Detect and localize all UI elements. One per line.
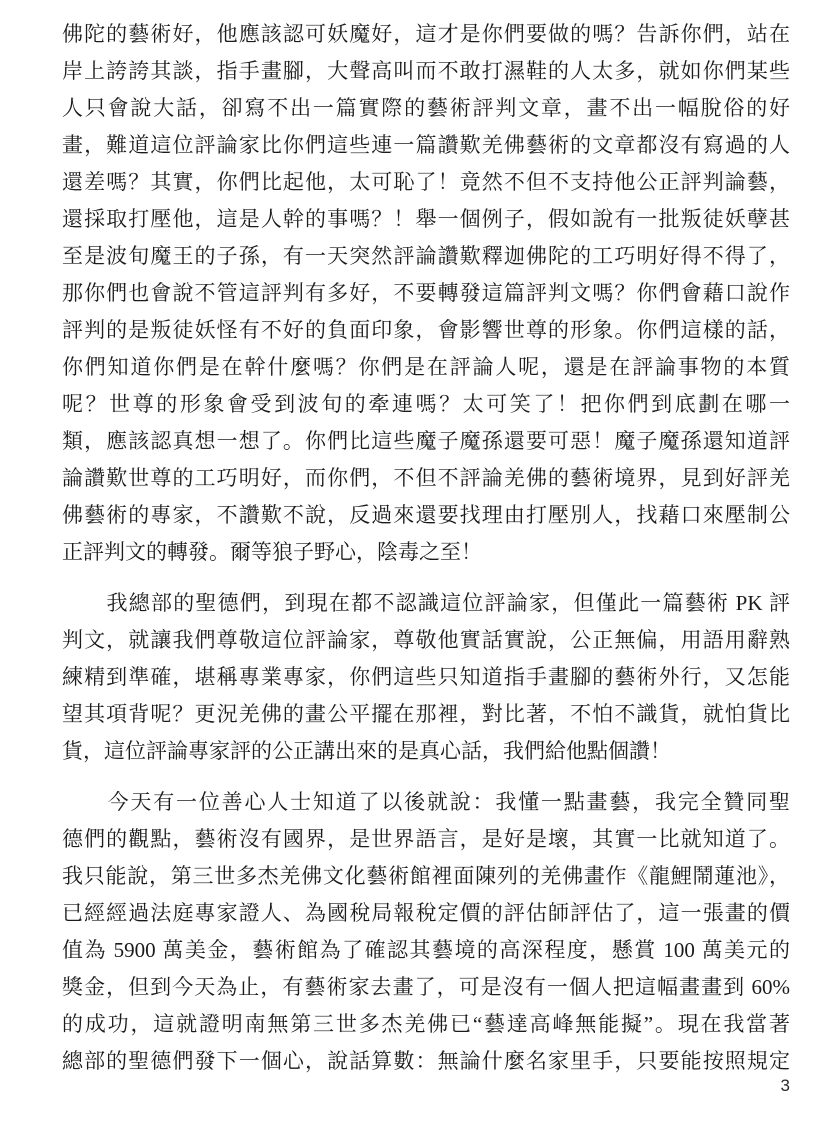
paragraph-3: 今天有一位善心人士知道了以後就說：我懂一點畫藝，我完全贊同聖 德們的觀點，藝術沒… — [62, 784, 790, 1080]
text-line: 正評判文的轉發。爾等狼子野心，陰毒之至！ — [62, 534, 790, 571]
text-line: 望其項背呢？更況羌佛的畫公平擺在那裡，對比著，不怕不識貨，就怕貨比 — [62, 696, 790, 733]
text-line: 佛陀的藝術好，他應該認可妖魔好，這才是你們要做的嗎？告訴你們，站在 — [62, 16, 790, 53]
text-line: 我只能說，第三世多杰羌佛文化藝術館裡面陳列的羌佛畫作《龍鯉鬧蓮池》， — [62, 858, 790, 895]
text-line: 你們知道你們是在幹什麼嗎？你們是在評論人呢，還是在評論事物的本質 — [62, 349, 790, 386]
paragraph-2: 我總部的聖德們，到現在都不認識這位評論家，但僅此一篇藝術 PK 評 判文，就讓我… — [62, 585, 790, 770]
text-line: 還差嗎？其實，你們比起他，太可恥了！竟然不但不支持他公正評判論藝， — [62, 164, 790, 201]
text-line: 佛藝術的專家，不讚歎不說，反過來還要找理由打壓別人，找藉口來壓制公 — [62, 497, 790, 534]
text-line: 呢？世尊的形象會受到波旬的牽連嗎？太可笑了！把你們到底劃在哪一 — [62, 386, 790, 423]
text-line: 岸上誇誇其談，指手畫腳，大聲高叫而不敢打濕鞋的人太多，就如你們某些 — [62, 53, 790, 90]
text-line: 判文，就讓我們尊敬這位評論家，尊敬他實話實說，公正無偏，用語用辭熟 — [62, 622, 790, 659]
text-line: 那你們也會說不管這評判有多好，不要轉發這篇評判文嗎？你們會藉口說作 — [62, 275, 790, 312]
paragraph-1: 佛陀的藝術好，他應該認可妖魔好，這才是你們要做的嗎？告訴你們，站在 岸上誇誇其談… — [62, 16, 790, 571]
text-line: 貨，這位評論專家評的公正講出來的是真心話，我們給他點個讚！ — [62, 733, 790, 770]
text-line: 練精到準確，堪稱專業專家，你們這些只知道指手畫腳的藝術外行，又怎能 — [62, 659, 790, 696]
text-line: 論讚歎世尊的工巧明好，而你們，不但不評論羌佛的藝術境界，見到好評羌 — [62, 460, 790, 497]
text-line: 評判的是叛徒妖怪有不好的負面印象，會影響世尊的形象。你們這樣的話， — [62, 312, 790, 349]
text-line: 已經經過法庭專家證人、為國稅局報稅定價的評估師評估了，這一張畫的價 — [62, 895, 790, 932]
text-line: 德們的觀點，藝術沒有國界，是世界語言，是好是壞，其實一比就知道了。 — [62, 821, 790, 858]
text-line: 獎金，但到今天為止，有藝術家去畫了，可是沒有一個人把這幅畫畫到 60% — [62, 969, 790, 1006]
text-line: 還採取打壓他，這是人幹的事嗎？！舉一個例子，假如說有一批叛徒妖孽甚 — [62, 201, 790, 238]
text-line: 類，應該認真想一想了。你們比這些魔子魔孫還要可惡！魔子魔孫還知道評 — [62, 423, 790, 460]
text-line: 今天有一位善心人士知道了以後就說：我懂一點畫藝，我完全贊同聖 — [62, 784, 790, 821]
text-line: 畫，難道這位評論家比你們這些連一篇讚歎羌佛藝術的文章都沒有寫過的人 — [62, 127, 790, 164]
text-line: 的成功，這就證明南無第三世多杰羌佛已“藝達高峰無能擬”。現在我當著 — [62, 1006, 790, 1043]
text-line: 至是波旬魔王的子孫，有一天突然評論讚歎釋迦佛陀的工巧明好得不得了， — [62, 238, 790, 275]
text-block: 佛陀的藝術好，他應該認可妖魔好，這才是你們要做的嗎？告訴你們，站在 岸上誇誇其談… — [62, 16, 790, 1080]
document-page: 佛陀的藝術好，他應該認可妖魔好，這才是你們要做的嗎？告訴你們，站在 岸上誇誇其談… — [0, 0, 840, 1121]
text-line: 我總部的聖德們，到現在都不認識這位評論家，但僅此一篇藝術 PK 評 — [62, 585, 790, 622]
text-line: 人只會說大話，卻寫不出一篇實際的藝術評判文章，畫不出一幅脫俗的好 — [62, 90, 790, 127]
text-line: 值為 5900 萬美金，藝術館為了確認其藝境的高深程度，懸賞 100 萬美元的 — [62, 932, 790, 969]
page-number: 3 — [62, 1074, 790, 1098]
